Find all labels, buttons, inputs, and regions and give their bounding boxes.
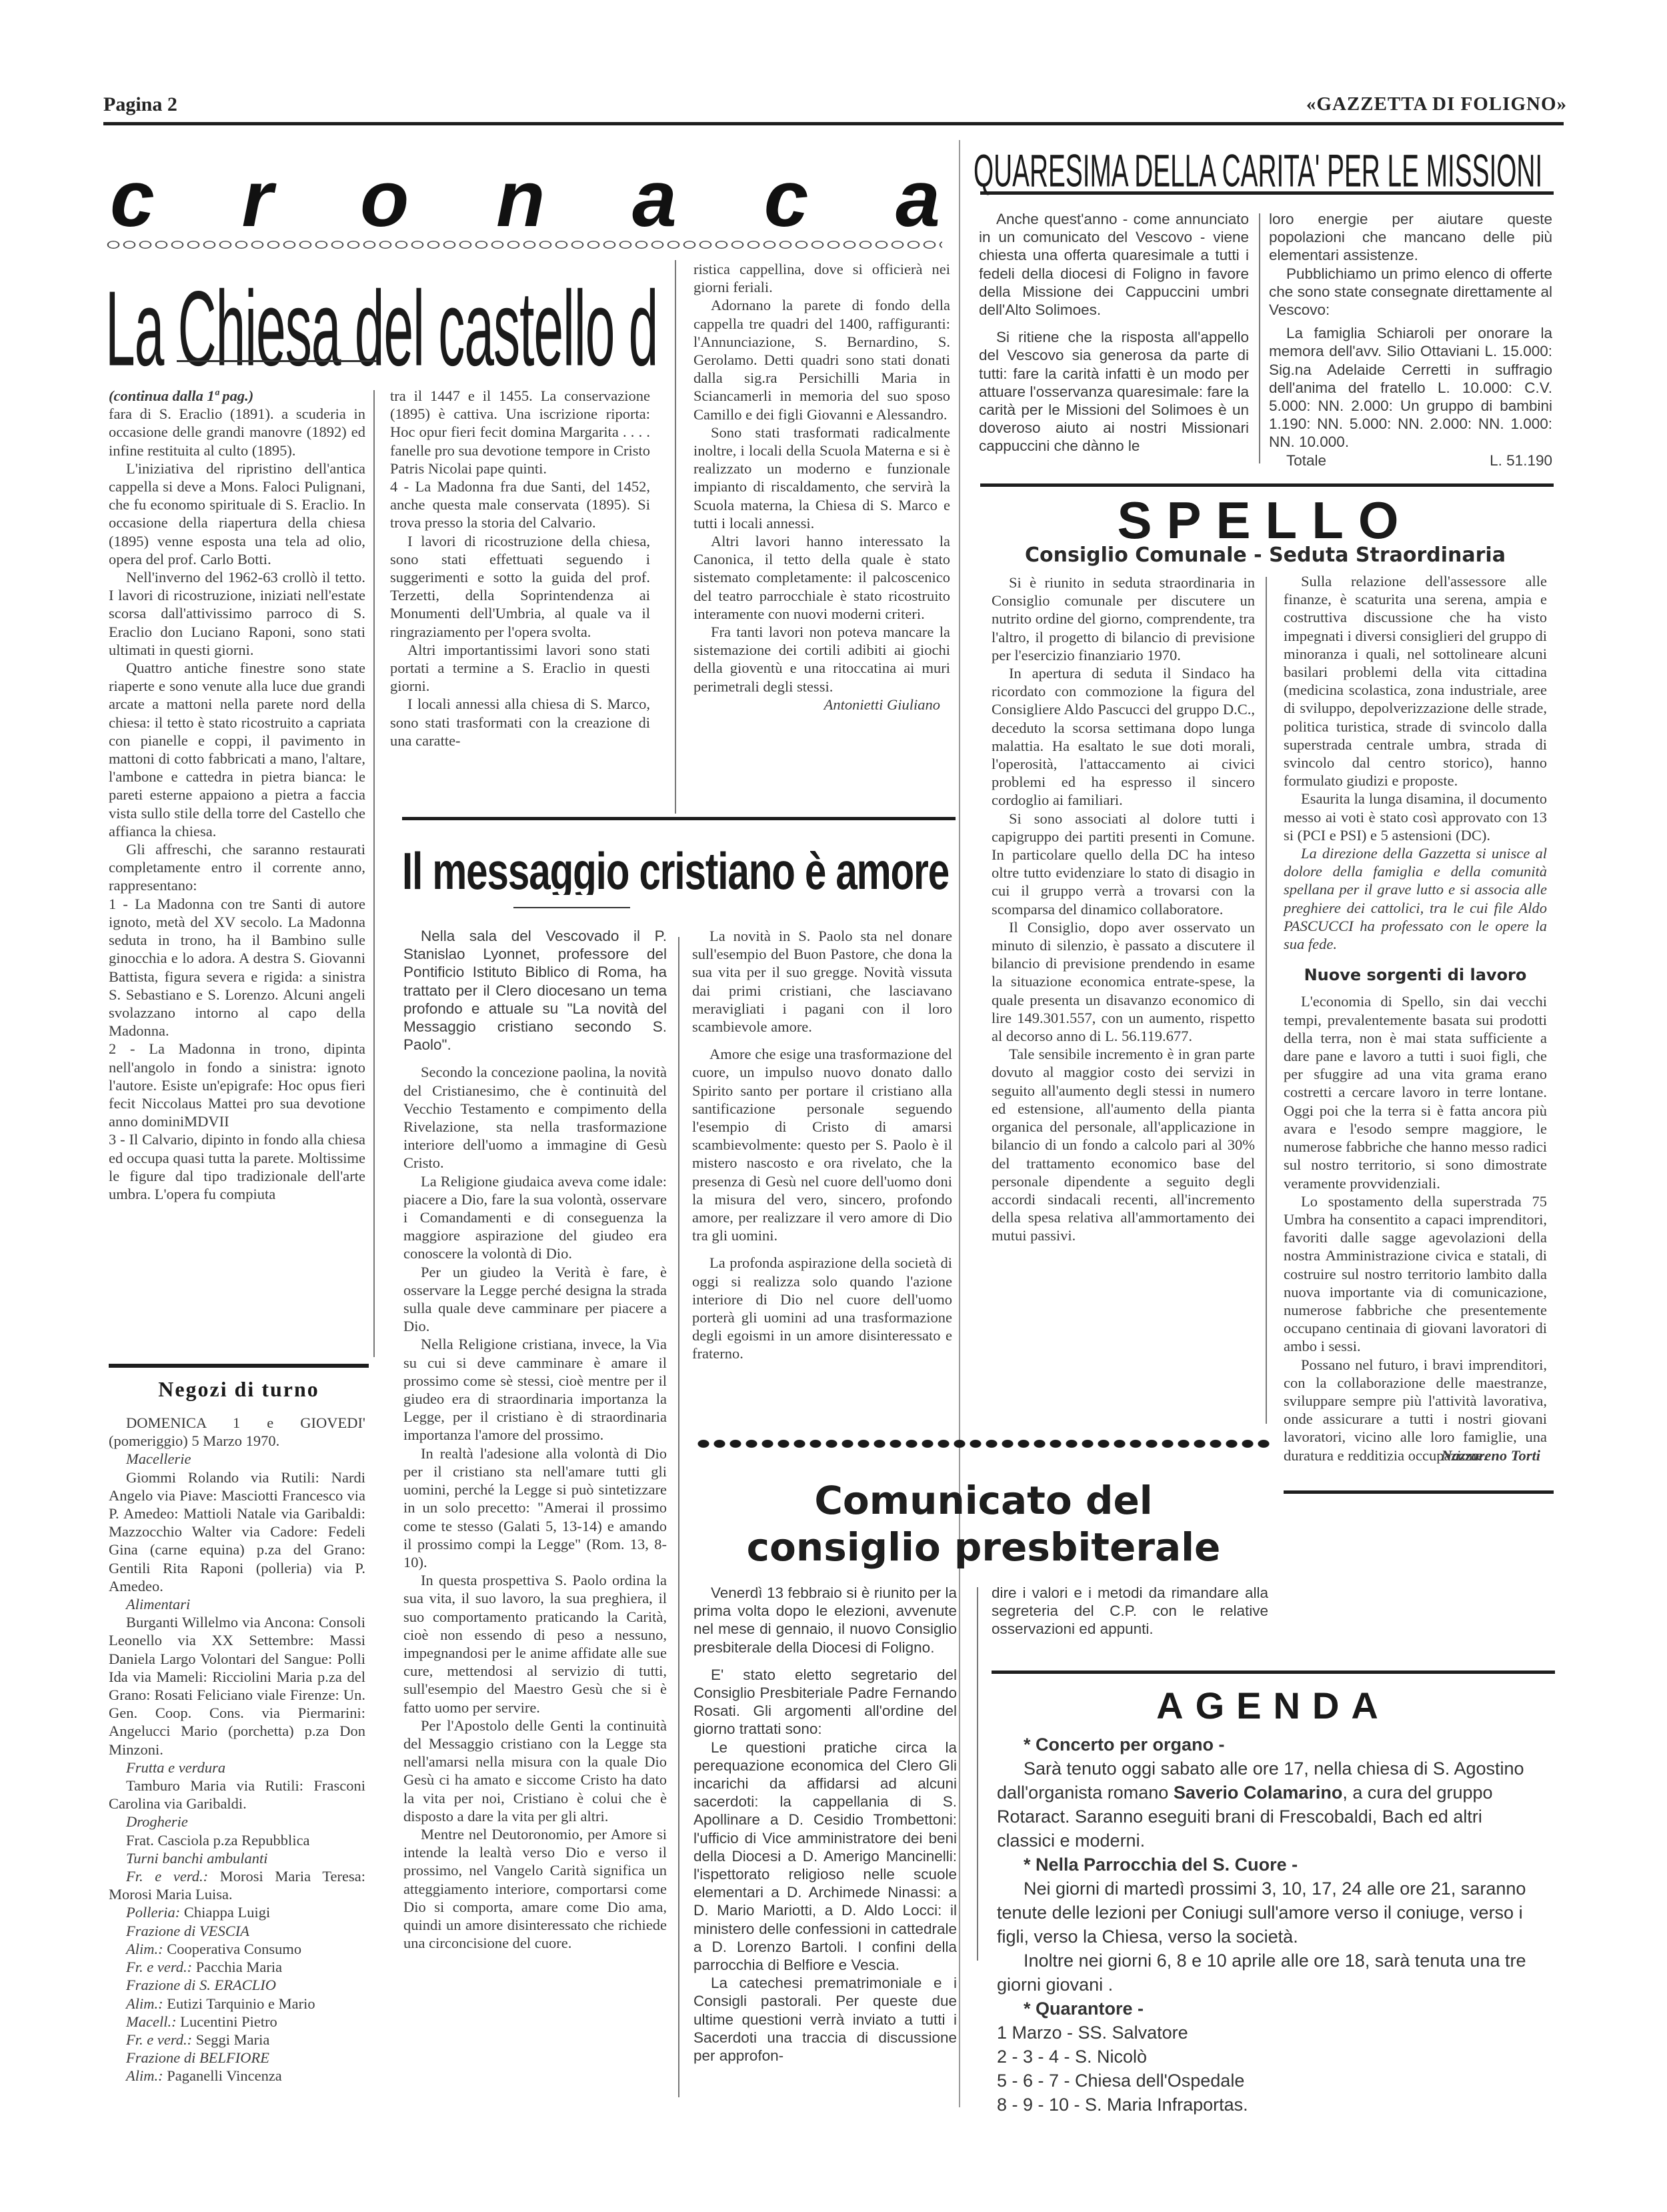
frazione-heading: Frazione di S. ERACLIO [109,1976,365,1994]
category-label: Macellerie [109,1450,365,1468]
paragraph: Per un giudeo la Verità è fare, è osserv… [403,1263,667,1336]
quarantore-entry: 8 - 9 - 10 - S. Maria Infraportas. [997,2093,1544,2117]
banner-letter: a [896,159,940,239]
chain-divider [105,237,942,253]
paragraph: Le questioni pratiche circa la perequazi… [693,1739,957,1975]
column-divider [959,140,960,2107]
comunicato-headline: Comunicato del consiglio presbiterale [693,1477,1274,1570]
paragraph: La profonda aspirazione della società di… [692,1254,952,1362]
banner-letter: o [360,159,409,239]
paragraph: Venerdì 13 febbraio si è riunito per la … [693,1584,957,1656]
paragraph: In apertura di seduta il Sindaco ha rico… [992,664,1255,810]
article-headline: Il messaggio cristiano è amore [402,842,956,895]
section-banner-cronaca: c r o n a c a [110,159,940,239]
italic-note: La direzione della Gazzetta si unisce al… [1284,844,1547,953]
subsection-title: Nuove sorgenti di lavoro [1284,966,1547,984]
paragraph: Gli affreschi, che saranno restaurati co… [109,840,365,895]
headline-underline [513,907,630,908]
paragraph: In questa prospettiva S. Paolo ordina la… [403,1571,667,1717]
shop-list: DOMENICA 1 e GIOVEDI' (pomeriggio) 5 Mar… [109,1414,365,2085]
headline-line: Comunicato del [693,1477,1274,1524]
category-label: Drogherie [109,1813,365,1831]
entry-text: Cooperativa Consumo [167,1941,301,1957]
paragraph: In realtà l'adesione alla volontà di Dio… [403,1444,667,1571]
header-rule [103,122,1564,125]
entry-text: Pacchia Maria [196,1959,282,1975]
article-column: La novità in S. Paolo sta nel donare sul… [692,927,952,1363]
continuation-note: (continua dalla 1ª pag.) [109,387,365,405]
paragraph: Altri lavori hanno interessato la Canoni… [693,532,950,623]
paragraph: Secondo la concezione paolina, la novità… [403,1063,667,1172]
paragraph: fara di S. Eraclio (1891). a scuderia in… [109,405,365,459]
banner-letter: r [242,159,273,239]
entry-label: Alim.: [126,1995,163,2012]
paragraph: La famiglia Schiaroli per onorare la mem… [1269,324,1552,451]
category-label: Turni banchi ambulanti [109,1849,365,1867]
article-column: Anche quest'anno - come annunciato in un… [979,210,1249,455]
agenda-item-heading: * Concerto per organo - [997,1733,1544,1757]
masthead: «GAZZETTA DI FOLIGNO» [1306,93,1567,115]
section-rule [402,817,956,820]
entry-label: Alim.: [126,1941,163,1957]
paragraph: I locali annessi alla chiesa di S. Marco… [390,695,650,750]
headline-container: Il messaggio cristiano è amore [402,842,956,895]
paragraph: Nell'inverno del 1962-63 crollò il tetto… [109,568,365,659]
section-title: SPELLO [974,493,1557,547]
date-line: DOMENICA 1 e GIOVEDI' (pomeriggio) 5 Mar… [109,1414,365,1450]
paragraph: Si è riunito in seduta straordinaria in … [992,574,1255,664]
agenda-item-text: Sarà tenuto oggi sabato alle ore 17, nel… [997,1757,1544,1853]
paragraph: Lo spostamento della superstrada 75 Umbr… [1284,1192,1547,1356]
column-divider [675,260,676,814]
total-row: Totale L. 51.190 [1269,451,1552,469]
paragraph: Anche quest'anno - come annunciato in un… [979,210,1249,319]
frazione-heading: Frazione di BELFIORE [109,2049,365,2067]
category-label: Alimentari [109,1595,365,1613]
paragraph: La novità in S. Paolo sta nel donare sul… [692,927,952,1036]
section-subtitle: Consiglio Comunale - Seduta Straordinari… [974,543,1557,567]
article-headline: QUARESIMA DELLA CARITA' PER LE MISSIONI [974,147,1557,198]
paragraph: 2 - La Madonna in trono, dipinta nell'an… [109,1040,365,1130]
column-divider [678,937,679,2097]
article-column: loro energie per aiutare queste popolazi… [1269,210,1552,469]
article-column: Venerdì 13 febbraio si è riunito per la … [693,1584,957,2065]
entry-text: Paganelli Vincenza [167,2067,282,2084]
article-column: Si è riunito in seduta straordinaria in … [992,574,1255,1245]
article-column: Nella sala del Vescovado il P. Stanislao… [403,927,667,1952]
section-rule [992,1671,1555,1674]
quarantore-entry: 5 - 6 - 7 - Chiesa dell'Ospedale [997,2069,1544,2093]
entry-label: Fr. e verd.: [126,1959,192,1975]
entry-text: Seggi Maria [196,2031,270,2048]
entry-label: Macell.: [126,2013,177,2030]
agenda-list: * Concerto per organo - Sarà tenuto oggi… [997,1733,1544,2117]
page-number: Pagina 2 [103,93,177,116]
entry-label: Polleria: [126,1904,180,1921]
entry-label: Fr. e verd.: [126,1868,208,1885]
paragraph: Sulla relazione dell'assessore alle fina… [1284,572,1547,790]
quarantore-entry: 2 - 3 - 4 - S. Nicolò [997,2045,1544,2069]
paragraph: dire i valori e i metodi da rimandare al… [992,1584,1268,1638]
banner-letter: n [496,159,545,239]
category-label: Frutta e verdura [109,1759,365,1777]
paragraph: Fra tanti lavori non poteva mancare la s… [693,623,950,696]
paragraph: Sono stati trasformati radicalmente inol… [693,423,950,532]
column-divider [1266,577,1267,1424]
agenda-item-text: Inoltre nei giorni 6, 8 e 10 aprile alle… [997,1949,1544,1997]
agenda-item-text: Nei giorni di martedì prossimi 3, 10, 17… [997,1877,1544,1949]
section-rule [109,1364,369,1368]
section-rule [980,483,1554,487]
banner-letter: a [632,159,677,239]
column-divider [373,390,375,1357]
paragraph: Si ritiene che la risposta all'appello d… [979,328,1249,455]
article-column: dire i valori e i metodi da rimandare al… [992,1584,1268,1638]
agenda-item-heading: * Quarantore - [997,1997,1544,2021]
article-column: ristica cappellina, dove si officierà ne… [693,260,950,714]
article-headline: La Chiesa del castello di S. Eraclio [105,267,659,367]
paragraph: ristica cappellina, dove si officierà ne… [693,260,950,296]
paragraph: Amore che esige una trasformazione del c… [692,1045,952,1244]
paragraph: tra il 1447 e il 1455. La conservazione … [390,387,650,477]
entry-label: Fr. e verd.: [126,2031,192,2048]
section-title: AGENDA [992,1684,1555,1727]
paragraph: E' stato eletto segretario del Consiglio… [693,1666,957,1739]
article-column: Sulla relazione dell'assessore alle fina… [1284,572,1547,1464]
paragraph: Esaurita la lunga disamina, il documento… [1284,790,1547,844]
paragraph: Nella Religione cristiana, invece, la Vi… [403,1335,667,1444]
total-label: Totale [1286,451,1326,469]
agenda-item-heading: * Nella Parrocchia del S. Cuore - [997,1853,1544,1877]
paragraph: Mentre nel Deutoronomio, per Amore si in… [403,1825,667,1952]
paragraph: Nella sala del Vescovado il P. Stanislao… [403,927,667,1054]
paragraph: 4 - La Madonna fra due Santi, del 1452, … [390,477,650,532]
paragraph: Altri importantissimi lavori sono stati … [390,641,650,696]
paragraph: L'iniziativa del ripristino dell'antica … [109,459,365,568]
banner-letter: c [110,159,155,239]
section-rule [980,191,1554,195]
paragraph: 1 - La Madonna con tre Santi di autore i… [109,895,365,1040]
dotted-divider [695,1437,1272,1450]
headline-container: La Chiesa del castello di S. Eraclio [105,267,659,367]
article-column: tra il 1447 e il 1455. La conservazione … [390,387,650,750]
paragraph: Quattro antiche finestre sono state riap… [109,659,365,840]
shop-entries: Giommi Rolando via Rutili: Nardi Angelo … [109,1468,365,1595]
entry-label: Alim.: [126,2067,163,2084]
paragraph: 3 - Il Calvario, dipinto in fondo alla c… [109,1130,365,1203]
paragraph: I lavori di ricostruzione della chiesa, … [390,532,650,641]
headline-line: consiglio presbiterale [693,1524,1274,1570]
paragraph: Il Consiglio, dopo aver osservato un min… [992,918,1255,1045]
paragraph: La catechesi prematrimoniale e i Consigl… [693,1974,957,2065]
shop-entries: Frat. Casciola p.za Repubblica [109,1831,365,1849]
banner-letter: c [764,159,809,239]
author-byline: Antonietti Giuliano [693,696,950,714]
quarantore-entry: 1 Marzo - SS. Salvatore [997,2021,1544,2045]
column-divider [1259,213,1260,463]
paragraph: loro energie per aiutare queste popolazi… [1269,210,1552,265]
shop-entries: Tamburo Maria via Rutili: Frasconi Carol… [109,1777,365,1813]
entry-text: Eutizi Tarquinio e Mario [167,1995,315,2012]
paragraph: La Religione giudaica aveva come idale: … [403,1172,667,1263]
article-column: (continua dalla 1ª pag.) fara di S. Erac… [109,387,365,1203]
paragraph: L'economia di Spello, sin dai vecchi tem… [1284,992,1547,1192]
total-value: L. 51.190 [1490,451,1552,469]
section-title: Negozi di turno [109,1377,369,1402]
entry-text: Lucentini Pietro [180,2013,277,2030]
section-rule [1284,1490,1554,1494]
column-divider [977,1587,978,1961]
headline-underline [177,360,377,362]
performer-name: Saverio Colamarino [1174,1783,1343,1803]
paragraph: Si sono associati al dolore tutti i capi… [992,810,1255,918]
paragraph: Tale sensibile incremento è in gran part… [992,1045,1255,1244]
paragraph: Adornano la parete di fondo della cappel… [693,296,950,423]
entry-text: Chiappa Luigi [184,1904,270,1921]
frazione-heading: Frazione di VESCIA [109,1922,365,1940]
shop-entries: Burganti Willelmo via Ancona: Consoli Le… [109,1613,365,1759]
paragraph: Pubblichiamo un primo elenco di offerte … [1269,265,1552,319]
paragraph: Per l'Apostolo delle Genti la continuità… [403,1717,667,1825]
